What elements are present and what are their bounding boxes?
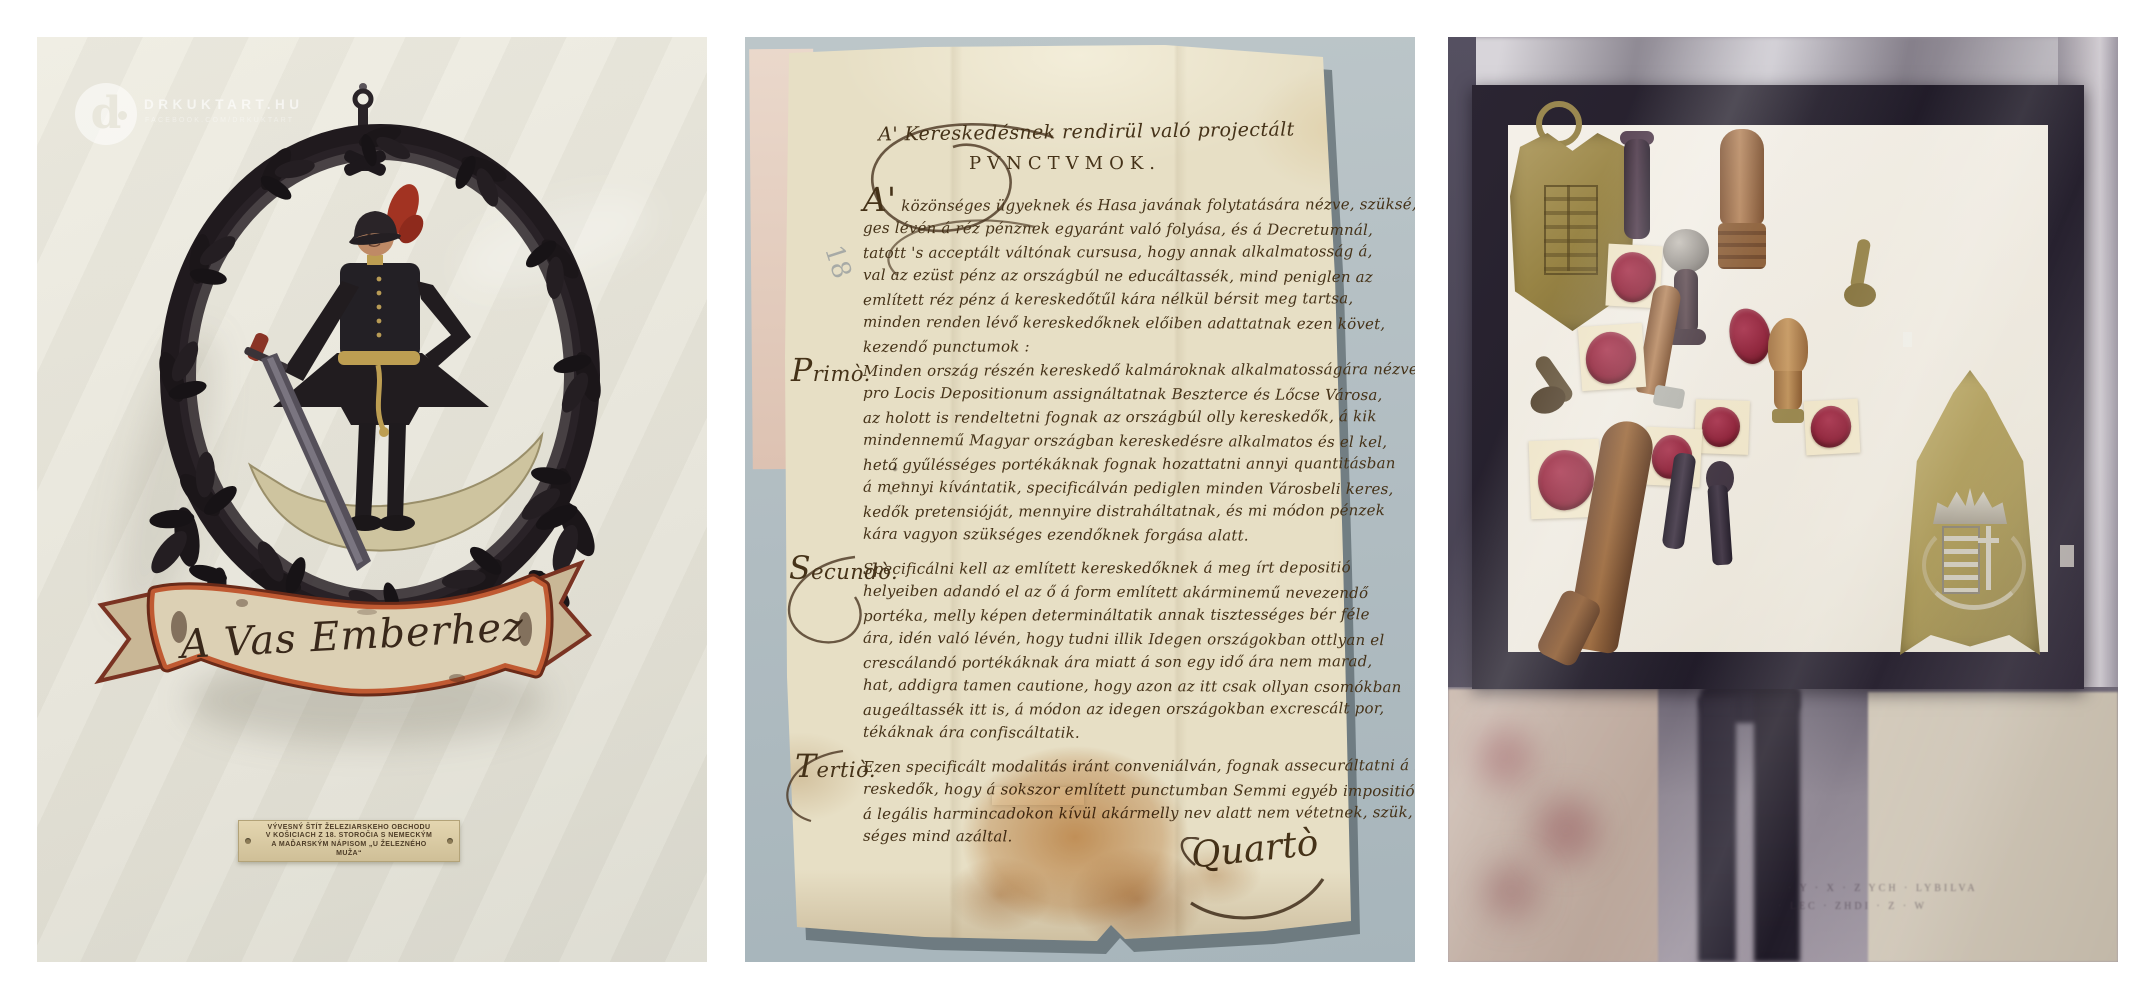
photo-seal-case: · Y · X · Z YCH · LYBILVA · LEC · ZHDI ·… [1448, 37, 2118, 962]
pear-handle-top [1768, 318, 1808, 376]
manuscript-line: augeáltassék itt is, á módon az idegen o… [863, 697, 1402, 722]
manuscript-line: tékáknak ára confiscáltatik. [863, 720, 1402, 746]
manuscript-line: Minden ország részén kereskedő kalmárokn… [863, 358, 1415, 383]
iron-stamp [1707, 484, 1733, 565]
plaque-line: MUŽA“ [336, 850, 362, 859]
small-brass-stamp-foot [1844, 283, 1876, 307]
photo-collage: A Vas Emberhez d DRKUKTART.HU FACEBOOK.C… [0, 0, 2156, 999]
manuscript-line: ára, idén való lévén, hogy tudni illik I… [863, 626, 1402, 652]
glass-sticker [2060, 545, 2074, 567]
photo-guild-sign: A Vas Emberhez d DRKUKTART.HU FACEBOOK.C… [37, 37, 707, 962]
wax-reflection-blob [1482, 863, 1540, 919]
quarto-flourish [1165, 837, 1365, 937]
watermark-monogram: d [91, 92, 122, 136]
manuscript-line: említett réz pénz á kereskedőtűl kára né… [863, 287, 1415, 312]
manuscript-line: mindennemű Magyar országban kereskedésre… [863, 428, 1415, 454]
reflection-silhouette-leg [1754, 689, 1800, 962]
manuscript-secundo: Specificálni kell az említett kereskedők… [863, 557, 1402, 745]
manuscript-line: helyeiben adandó el az ő á form említett… [863, 579, 1402, 605]
manuscript-line: reskedők, hogy á sokszor említett punctu… [863, 777, 1415, 803]
plaque-line: V KOŠICIACH Z 18. STOROČIA S NEMECKÝM [266, 832, 433, 841]
pointed-brass-shield [1900, 370, 2040, 655]
watermark-logo-dot [118, 111, 127, 120]
wooden-handle-stamp [1720, 129, 1764, 225]
manuscript-line: crescálandó portékáknak ára miatt á son … [863, 650, 1402, 675]
manuscript-line: kezendő punctumok : [863, 334, 1415, 359]
wooden-handle-ridges [1718, 223, 1766, 269]
manuscript-line: pro Locis Depositionum assignáltatnak Be… [863, 381, 1415, 407]
emblem-wreath [1922, 520, 2026, 610]
manuscript-tertio: Ezen specificált modalitás iránt conveni… [863, 755, 1415, 849]
dark-handle-stamp [1624, 139, 1650, 239]
manuscript-line: hat, addigra tamen cautione, hogy azon a… [863, 673, 1402, 699]
manuscript-primo: Minden ország részén kereskedő kalmárokn… [863, 359, 1415, 547]
manuscript-line: Ezen specificált modalitás iránt conveni… [863, 754, 1415, 780]
stamp-silver-ferrule [1652, 385, 1685, 410]
emblem-crown [1933, 488, 2007, 524]
silver-knob-stamp-ball [1663, 229, 1709, 273]
display-board [1508, 125, 2048, 652]
plaque-line: A MAĎARSKÝM NÁPISOM „U ŽELEZNÉHO [271, 841, 426, 850]
glass-sticker [1903, 332, 1912, 347]
pear-handle-ferrule [1772, 409, 1804, 423]
case-caption-line: · LEC · ZHDI · Z · W [1778, 901, 1927, 912]
watermark-brand: DRKUKTART.HU [144, 97, 304, 112]
manuscript-line: tatott 's acceptált váltónak cursusa, ho… [863, 240, 1415, 265]
shield-coat-divider [1567, 185, 1570, 271]
pear-handle-neck [1774, 371, 1802, 411]
manuscript-line: á legális harmincadokon kívül akármelly … [863, 801, 1415, 827]
reflection-silhouette-leg [1698, 697, 1736, 962]
plaque-screw-right [447, 838, 453, 844]
museum-label-plaque: VÝVESNÝ ŠTÍT ŽELEZIARSKEHO OBCHODU V KOŠ… [238, 820, 460, 862]
manuscript-line: minden renden lévő kereskedőknek előiben… [863, 310, 1415, 336]
banner-ribbon: A Vas Emberhez [99, 563, 589, 689]
manuscript-line: kedők pretensióját, mennyire distrahálta… [863, 499, 1415, 524]
manuscript-line: á mennyi kívántatik, specificálván pedig… [863, 475, 1415, 501]
manuscript-line: Specificálni kell az említett kereskedők… [863, 556, 1402, 581]
manuscript-intro: A' közönséges ügyeknek és Hasa javának f… [863, 187, 1415, 359]
manuscript-line: A' közönséges ügyeknek és Hasa javának f… [863, 186, 1415, 218]
manuscript-line: ges lévén á réz pénznek egyaránt való fo… [863, 216, 1415, 242]
plaque-screw-left [245, 838, 251, 844]
manuscript-line: val az ezüst pénz az országbúl ne educál… [863, 263, 1415, 289]
wax-reflection-blob [1476, 727, 1532, 787]
manuscript-line: portéka, melly képen determináltatik ann… [863, 603, 1402, 628]
manuscript-line: kára vagyon szükséges ezendőknek forgása… [863, 522, 1415, 548]
iron-man-figure [273, 180, 489, 531]
case-caption-line: · Y · X · Z YCH · LYBILVA [1788, 883, 1978, 894]
section-label-primo: Primò. [791, 353, 871, 389]
watermark-logo: d [75, 83, 137, 145]
photo-manuscript: 18 A' Kereskedésnek rendirül való projec… [745, 37, 1415, 962]
shield-coat-of-arms [1544, 185, 1598, 275]
watermark-subtitle: FACEBOOK.COM/DRKUKTART [145, 117, 294, 124]
wax-reflection-blob [1534, 797, 1598, 863]
manuscript-line: hető gyűlésséges portékáknak fognak hoza… [863, 452, 1415, 477]
display-case-frame [1472, 85, 2084, 689]
manuscript-line: az holott is rendeltetni fognak az orszá… [863, 405, 1415, 430]
shelf-reflection-right [1868, 692, 2118, 962]
manuscript-subtitle: PVNCTVMOK. [945, 153, 1185, 174]
